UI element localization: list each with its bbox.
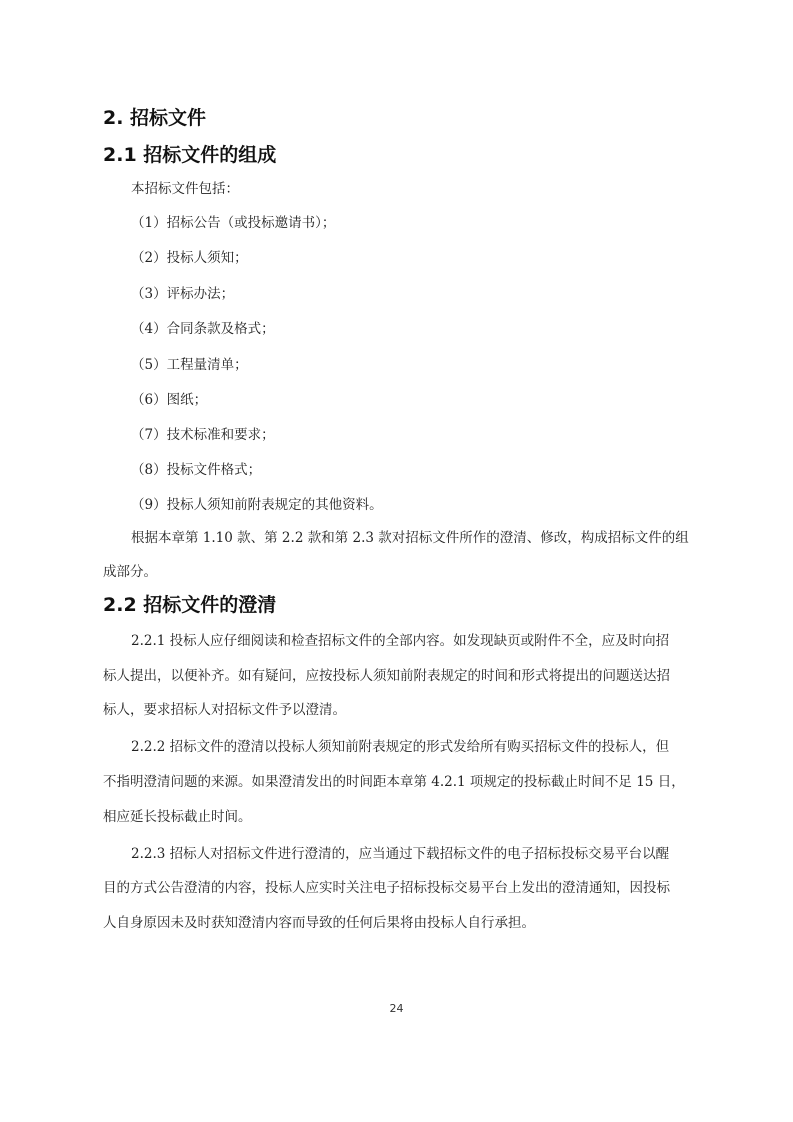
subsection-heading-2-2: 2.2 招标文件的澄清	[103, 593, 276, 617]
list-item: （1）招标公告（或投标邀请书）；	[131, 214, 335, 232]
document-page: 2. 招标文件 2.1 招标文件的组成 本招标文件包括： （1）招标公告（或投标…	[0, 0, 793, 1122]
list-item: （5）工程量清单；	[131, 356, 248, 374]
paragraph-line: 根据本章第 1.10 款、第 2.2 款和第 2.3 款对招标文件所作的澄清、修…	[131, 529, 689, 547]
paragraph-line: 成部分。	[103, 563, 157, 581]
list-item: （9）投标人须知前附表规定的其他资料。	[131, 496, 383, 514]
list-item: （3）评标办法；	[131, 285, 234, 303]
clause-line: 2.2.2 招标文件的澄清以投标人须知前附表规定的形式发给所有购买招标文件的投标…	[131, 738, 669, 756]
list-item: （4）合同条款及格式；	[131, 320, 275, 338]
clause-line: 相应延长投标截止时间。	[103, 808, 252, 826]
list-intro: 本招标文件包括：	[131, 180, 239, 198]
section-heading: 2. 招标文件	[103, 106, 206, 130]
clause-line: 人自身原因未及时获知澄清内容而导致的任何后果将由投标人自行承担。	[103, 914, 535, 932]
clause-line: 2.2.3 招标人对招标文件进行澄清的，应当通过下载招标文件的电子招标投标交易平…	[131, 845, 669, 863]
clause-line: 目的方式公告澄清的内容，投标人应实时关注电子招标投标交易平台上发出的澄清通知，因…	[103, 879, 670, 897]
list-item: （8）投标文件格式；	[131, 461, 261, 479]
list-item: （7）技术标准和要求；	[131, 426, 275, 444]
clause-line: 标人，要求招标人对招标文件予以澄清。	[103, 701, 346, 719]
page-number: 24	[0, 1002, 793, 1015]
clause-line: 2.2.1 投标人应仔细阅读和检查招标文件的全部内容。如发现缺页或附件不全，应及…	[131, 632, 669, 650]
clause-line: 标人提出，以便补齐。如有疑问，应按投标人须知前附表规定的时间和形式将提出的问题送…	[103, 667, 670, 685]
subsection-heading-2-1: 2.1 招标文件的组成	[103, 143, 276, 167]
list-item: （2）投标人须知；	[131, 249, 248, 267]
clause-line: 不指明澄清问题的来源。如果澄清发出的时间距本章第 4.2.1 项规定的投标截止时…	[103, 773, 685, 791]
list-item: （6）图纸；	[131, 391, 207, 409]
